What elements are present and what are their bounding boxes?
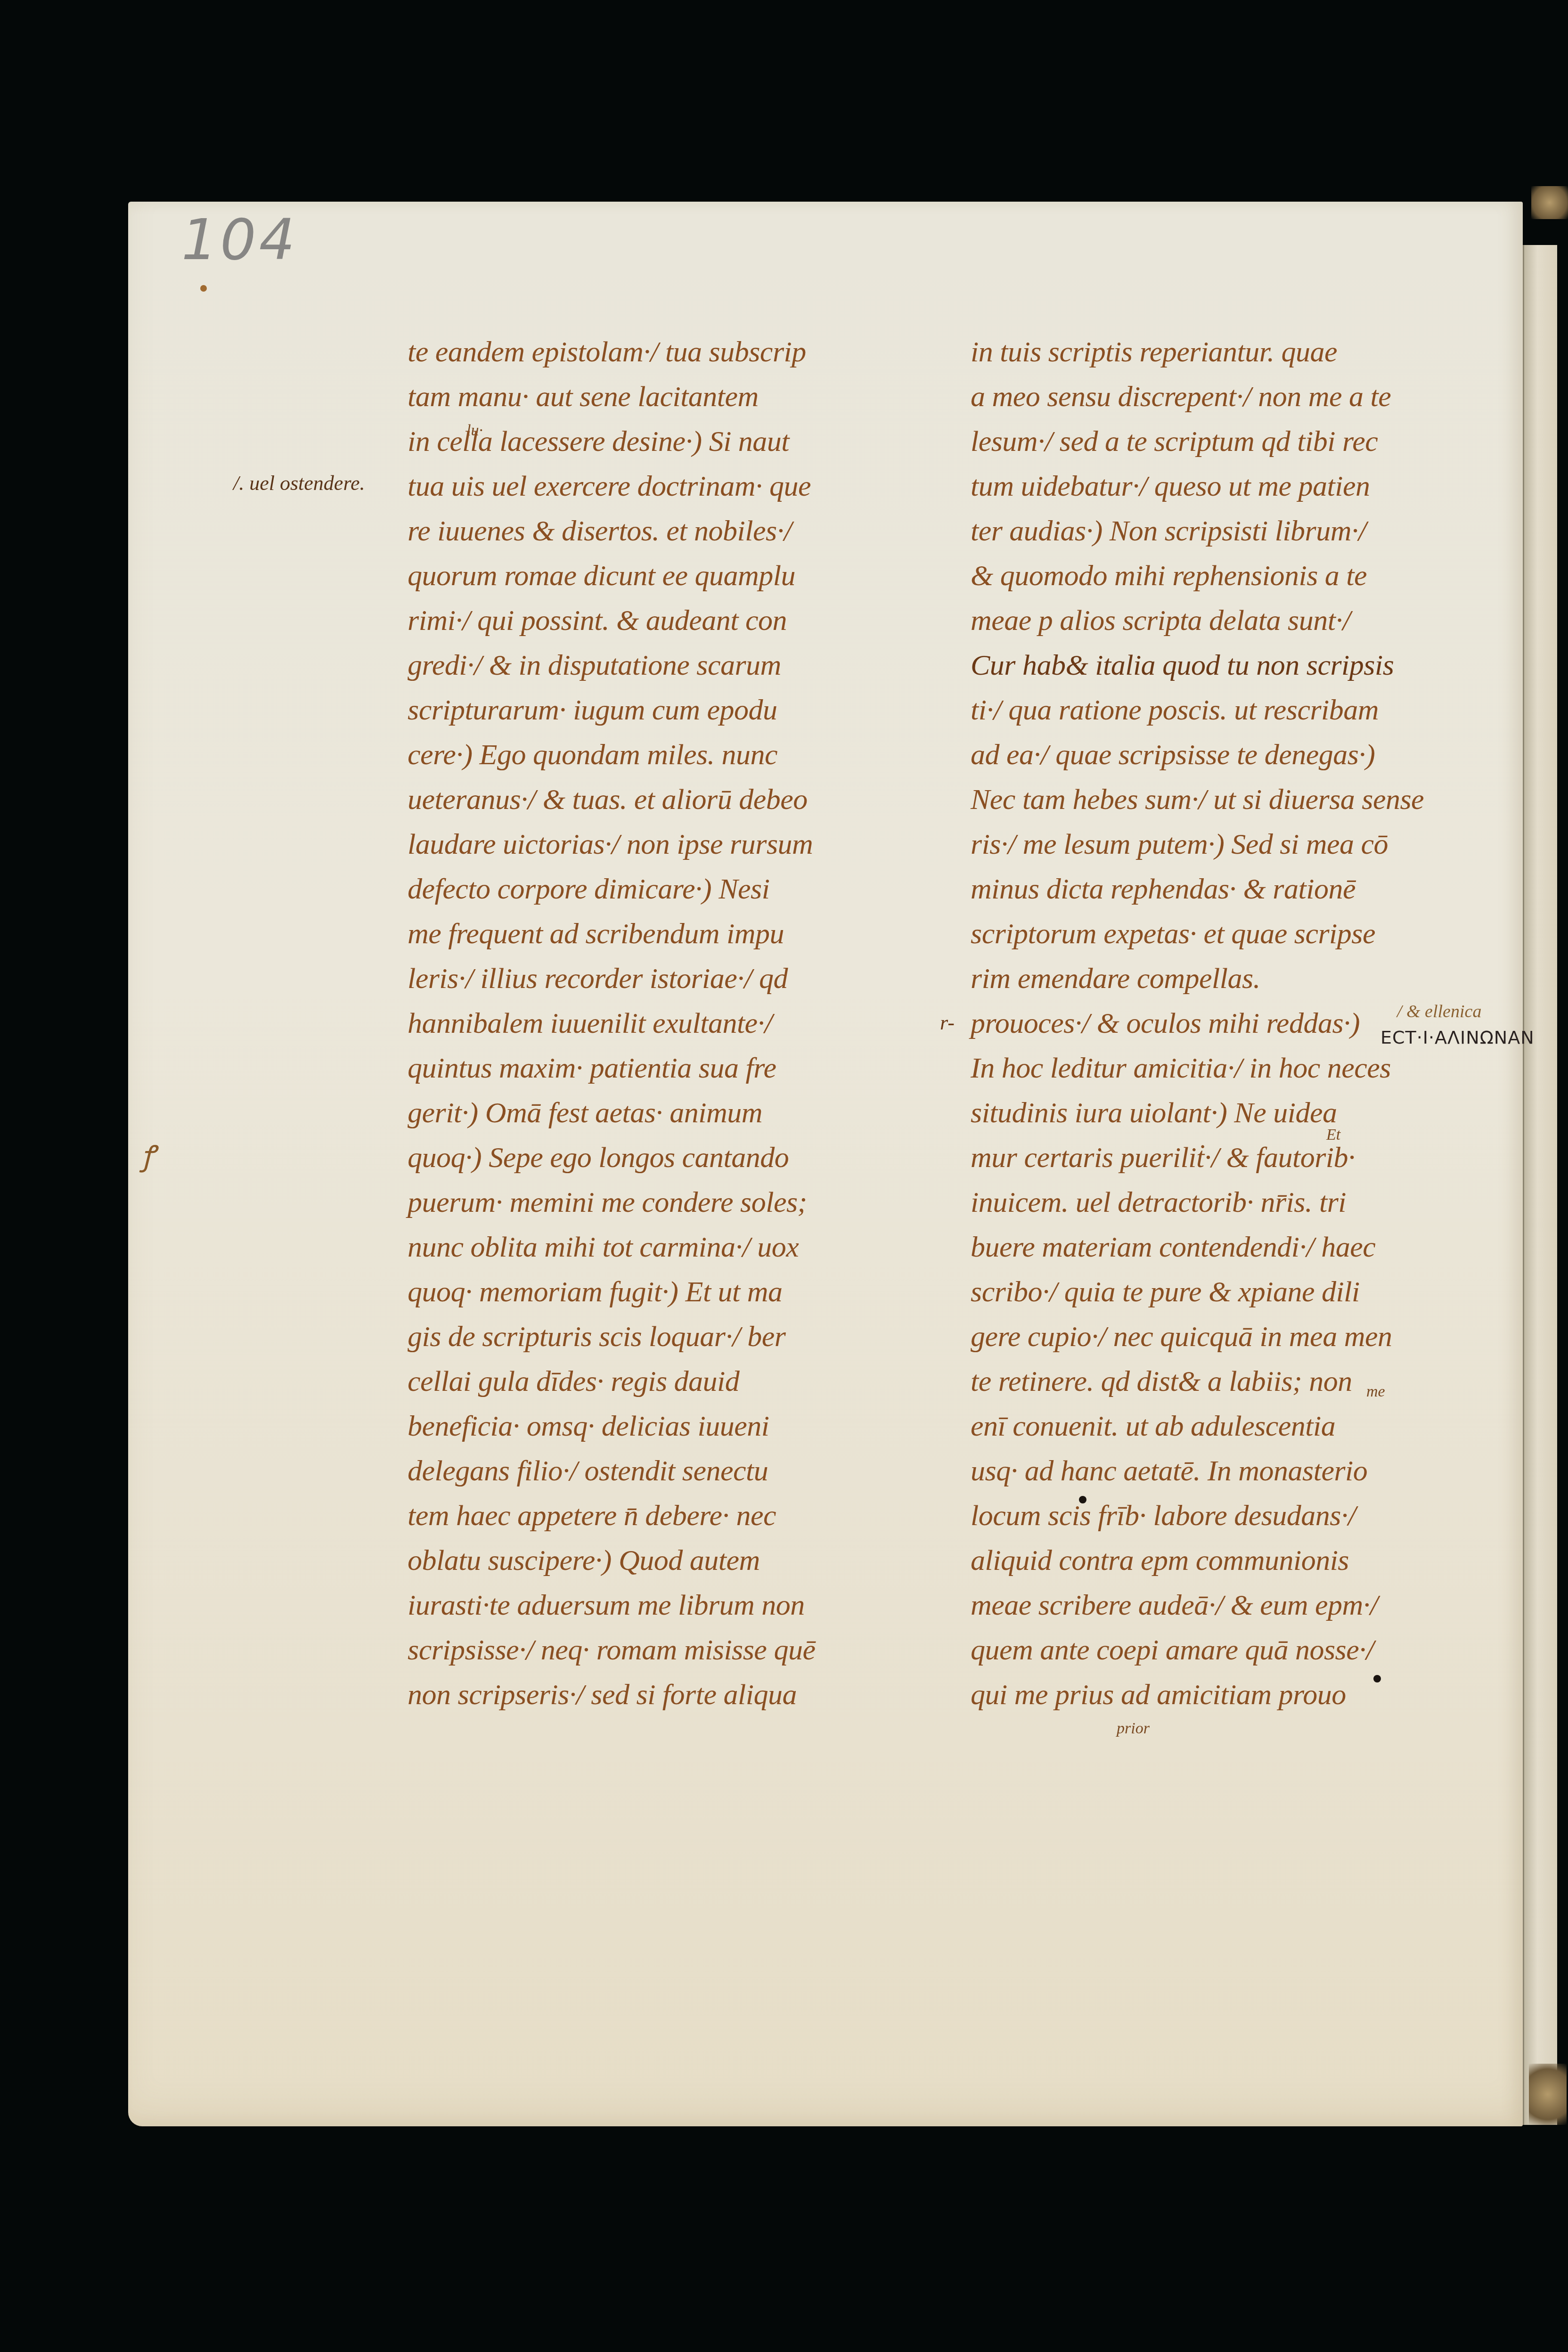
folio-number: 104 [181,207,298,273]
text-line: gredi·/ & in disputatione scarum [408,643,949,688]
text-line: gis de scripturis scis loquar·/ ber [408,1315,949,1359]
text-line: aliquid contra epm communionis [971,1538,1517,1583]
text-line: Nec tam hebes sum·/ ut si diuersa sense [971,777,1517,822]
text-line: meae scribere audeā·/ & eum epm·/ [971,1583,1517,1628]
text-line: scriptorum expetas· et quae scripse [971,912,1517,956]
text-line: iurasti·te aduersum me librum non [408,1583,949,1628]
text-line: nunc oblita mihi tot carmina·/ uox [408,1225,949,1270]
text-line: delegans filio·/ ostendit senectu [408,1449,949,1494]
text-column-left: te eandem epistolam·/ tua subscrip tam m… [408,330,949,1717]
text-line: ueteranus·/ & tuas. et aliorū debeo [408,777,949,822]
text-line: laudare uictorias·/ non ipse rursum [408,822,949,867]
text-line: quem ante coepi amare quā nosse·/ [971,1628,1517,1673]
text-line: ter audias·) Non scripsisti librum·/ [971,509,1517,554]
ink-spot [200,285,207,292]
text-line: ad ea·/ quae scripsisse te denegas·) [971,733,1517,777]
text-line: tua uis uel exercere doctrinam· que [408,464,949,509]
text-line: prouoces·/ & oculos mihi reddas·) [971,1001,1517,1046]
text-line: ris·/ me lesum putem·) Sed si mea cō [971,822,1517,867]
text-line: qui me prius ad amicitiam prouo [971,1673,1517,1717]
text-line: scripturarum· iugum cum epodu [408,688,949,733]
text-column-right: in tuis scriptis reperiantur. quae a meo… [971,330,1517,1717]
text-line: tam manu· aut sene lacitantem [408,375,949,419]
text-line: leris·/ illius recorder istoriae·/ qd [408,956,949,1001]
text-line: me frequent ad scribendum impu [408,912,949,956]
text-line: re iuuenes & disertos. et nobiles·/ [408,509,949,554]
text-line: quoq· memoriam fugit·) Et ut ma [408,1270,949,1315]
text-line: in tuis scriptis reperiantur. quae [971,330,1517,375]
text-line: tem haec appetere n̄ debere· nec [408,1494,949,1538]
text-line: scripsisse·/ neq· romam misisse quē [408,1628,949,1673]
text-line: inuicem. uel detractorib· nr̄is. tri [971,1180,1517,1225]
text-line: usq· ad hanc aetatē. In monasterio [971,1449,1517,1494]
text-line: ti·/ qua ratione poscis. ut rescribam [971,688,1517,733]
text-line: In hoc leditur amicitia·/ in hoc neces [971,1046,1517,1091]
text-line: buere materiam contendendi·/ haec [971,1225,1517,1270]
text-line: tum uidebatur·/ queso ut me patien [971,464,1517,509]
text-line: rim emendare compellas. [971,956,1517,1001]
text-line: puerum· memini me condere soles; [408,1180,949,1225]
interlinear-prior: prior [1117,1720,1150,1738]
text-line: cere·) Ego quondam miles. nunc [408,733,949,777]
text-line: te retinere. qd dist& a labiis; non [971,1359,1517,1404]
text-line: enī conuenit. ut ab adulescentia [971,1404,1517,1449]
text-line: hannibalem iuuenilit exultante·/ [408,1001,949,1046]
text-line: a meo sensu discrepent·/ non me a te [971,375,1517,419]
text-line: quorum romae dicunt ee quamplu [408,554,949,598]
text-line: minus dicta rephendas· & rationē [971,867,1517,912]
text-line: situdinis iura uiolant·) Ne uidea [971,1091,1517,1135]
text-line: locum scis frīb· labore desudans·/ [971,1494,1517,1538]
text-line: Cur hab& italia quod tu non scripsis [971,643,1517,688]
text-line: & quomodo mihi rephensionis a te [971,554,1517,598]
margin-gloss-ostendere: /. uel ostendere. [233,471,365,495]
text-line: in cella lacessere desine·) Si naut [408,419,949,464]
margin-mark: ꝭ [141,1135,155,1174]
text-line: quintus maxim· patientia sua fre [408,1046,949,1091]
binding-thread-bottom [1529,2064,1567,2125]
text-line: lesum·/ sed a te scriptum qd tibi rec [971,419,1517,464]
text-line: te eandem epistolam·/ tua subscrip [408,330,949,375]
text-line: meae p alios scripta delata sunt·/ [971,598,1517,643]
binding-thread-top [1531,186,1568,219]
next-leaf-edge [1523,245,1557,2125]
text-line: quoq·) Sepe ego longos cantando [408,1135,949,1180]
text-line: gerit·) Omā fest aetas· animum [408,1091,949,1135]
text-line: gere cupio·/ nec quicquā in mea men [971,1315,1517,1359]
text-line: non scripseris·/ sed si forte aliqua [408,1673,949,1717]
text-line: beneficia· omsq· delicias iuueni [408,1404,949,1449]
text-line: oblatu suscipere·) Quod autem [408,1538,949,1583]
text-line: cellai gula dīdes· regis dauid [408,1359,949,1404]
text-line: mur certaris pueriliṫ·/ & fautorib· [971,1135,1517,1180]
text-line: defecto corpore dimicare·) Nesi [408,867,949,912]
text-line: scribo·/ quia te pure & xpiane dili [971,1270,1517,1315]
text-line: rimi·/ qui possint. & audeant con [408,598,949,643]
